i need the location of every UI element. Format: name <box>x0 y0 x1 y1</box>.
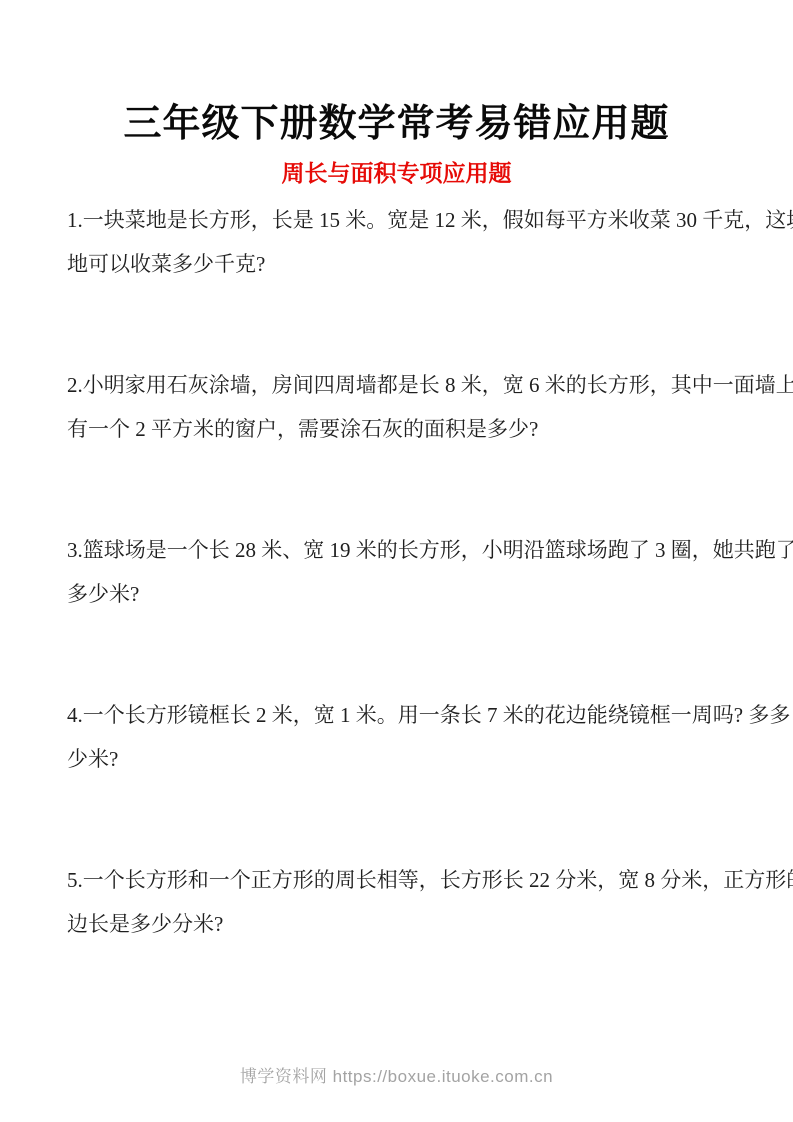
problem-1-line-1: 1.一块菜地是长方形，长是 15 米。宽是 12 米，假如每平方米收菜 30 千… <box>67 198 726 242</box>
problem-3-line-1: 3.篮球场是一个长 28 米、宽 19 米的长方形，小明沿篮球场跑了 3 圈，她… <box>67 528 726 572</box>
problem-item-5: 5.一个长方形和一个正方形的周长相等，长方形长 22 分米，宽 8 分米，正方形… <box>67 858 726 946</box>
problem-item-2: 2.小明家用石灰涂墙，房间四周墙都是长 8 米，宽 6 米的长方形，其中一面墙上… <box>67 363 726 451</box>
problem-1-line-2: 地可以收菜多少千克? <box>67 242 726 286</box>
worksheet-page: 三年级下册数学常考易错应用题 周长与面积专项应用题 1.一块菜地是长方形，长是 … <box>0 0 793 1122</box>
problem-2-line-2: 有一个 2 平方米的窗户，需要涂石灰的面积是多少? <box>67 407 726 451</box>
page-footer-watermark: 博学资料网 https://boxue.ituoke.com.cn <box>0 1066 793 1088</box>
problem-5-line-2: 边长是多少分米? <box>67 902 726 946</box>
problem-3-line-2: 多少米? <box>67 572 726 616</box>
problem-list: 1.一块菜地是长方形，长是 15 米。宽是 12 米，假如每平方米收菜 30 千… <box>0 198 793 946</box>
problem-2-line-1: 2.小明家用石灰涂墙，房间四周墙都是长 8 米，宽 6 米的长方形，其中一面墙上 <box>67 363 726 407</box>
page-title: 三年级下册数学常考易错应用题 <box>0 0 793 148</box>
problem-5-line-1: 5.一个长方形和一个正方形的周长相等，长方形长 22 分米，宽 8 分米，正方形… <box>67 858 726 902</box>
page-subtitle: 周长与面积专项应用题 <box>0 160 793 188</box>
problem-4-line-2: 少米? <box>67 737 726 781</box>
problem-item-1: 1.一块菜地是长方形，长是 15 米。宽是 12 米，假如每平方米收菜 30 千… <box>67 198 726 286</box>
problem-item-4: 4.一个长方形镜框长 2 米，宽 1 米。用一条长 7 米的花边能绕镜框一周吗?… <box>67 693 726 781</box>
problem-4-line-1: 4.一个长方形镜框长 2 米，宽 1 米。用一条长 7 米的花边能绕镜框一周吗?… <box>67 693 726 737</box>
problem-item-3: 3.篮球场是一个长 28 米、宽 19 米的长方形，小明沿篮球场跑了 3 圈，她… <box>67 528 726 616</box>
